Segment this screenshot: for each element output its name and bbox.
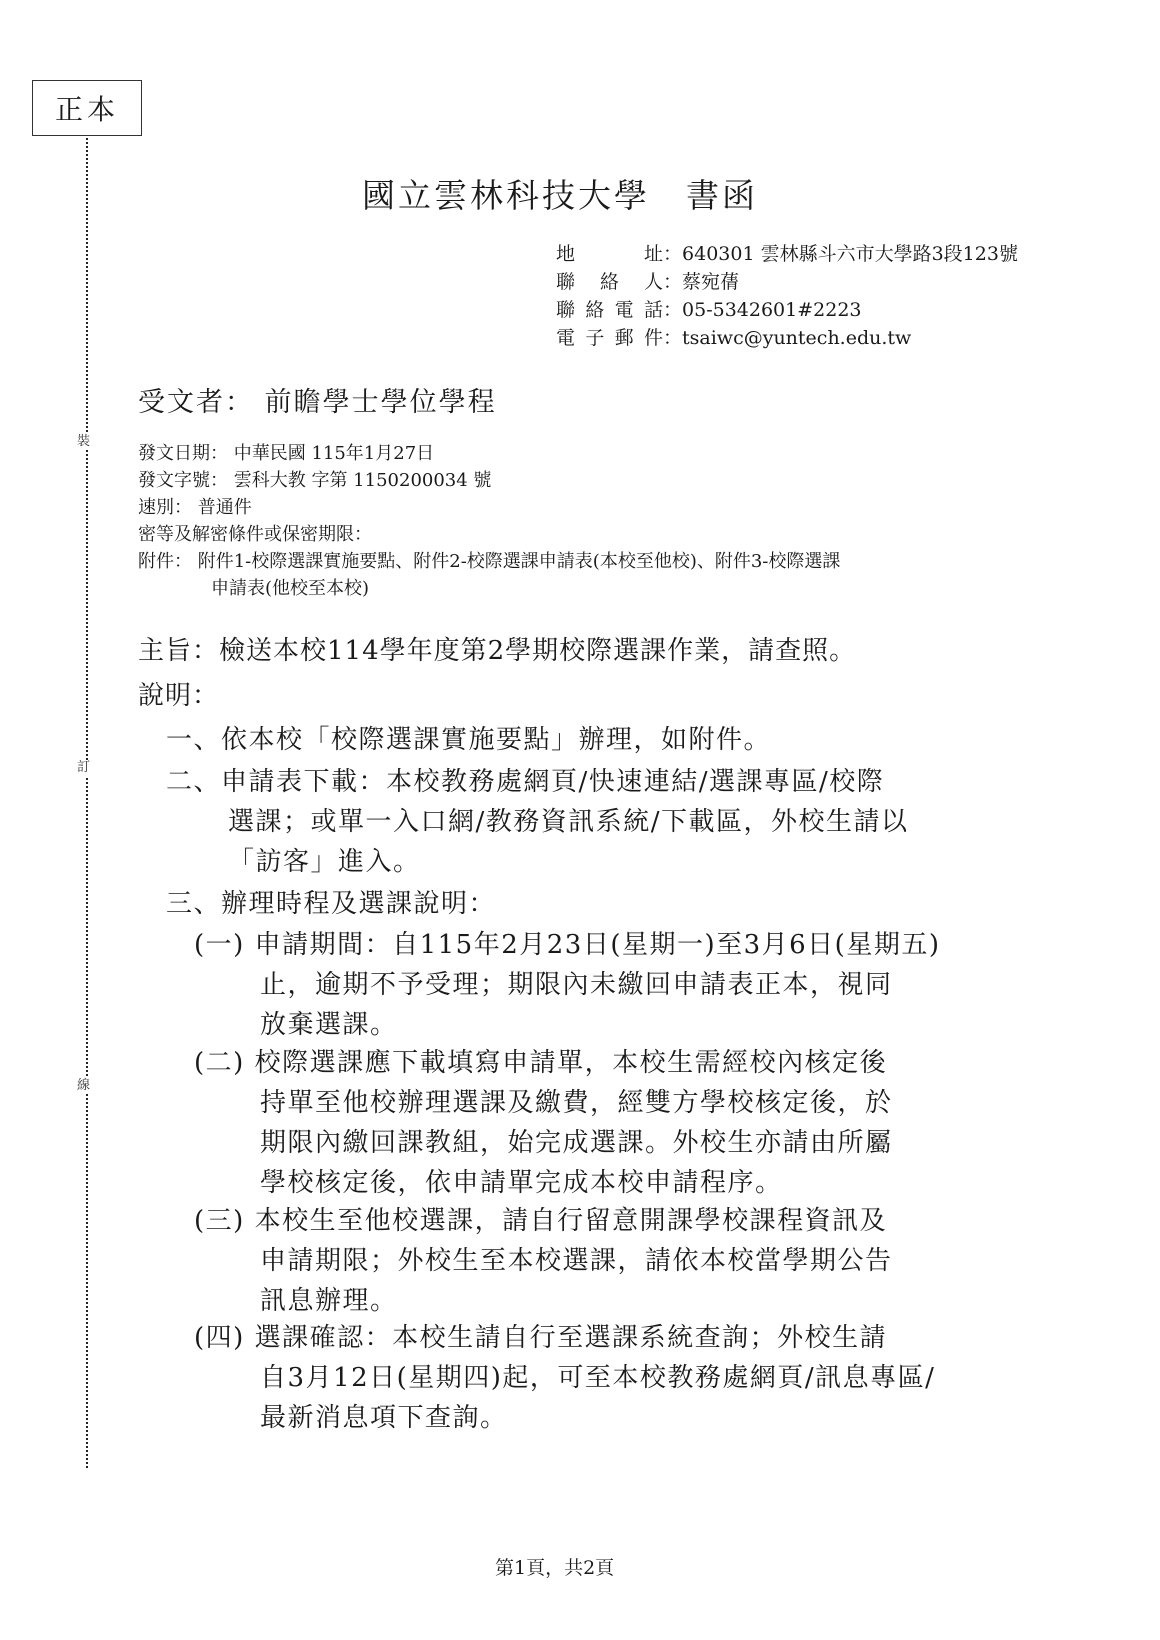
issue-date-row: 發文日期： 中華民國 115年1月27日 [138,440,840,467]
item-text-line-3: 「訪客」進入。 [166,842,909,882]
attachments-label: 附件： [138,548,192,575]
email-value: tsaiwc@yuntech.edu.tw [682,324,911,352]
contact-person-row: 聯 絡 人： 蔡宛蒨 [556,268,1018,296]
subitem-line-3: 期限內繳回課教組，始完成選課。外校生亦請由所屬 [194,1123,893,1163]
attachments-line-2: 申請表(他校至本校) [138,575,840,602]
subitem-line-1: 本校生至他校選課，請自行留意開課學校課程資訊及 [255,1206,888,1236]
person-value: 蔡宛蒨 [682,268,739,296]
subject-label: 主旨： [138,636,219,666]
contact-email-row: 電子郵件： tsaiwc@yuntech.edu.tw [556,324,1018,352]
original-copy-stamp: 正本 [32,80,142,136]
subitem-4: (四) 選課確認：本校生請自行至選課系統查詢；外校生請 自3月12日(星期四)起… [194,1318,935,1438]
binding-dotted-line [86,138,88,1468]
person-label: 聯 絡 人 [556,268,663,296]
recipient-line: 受文者： 前瞻學士學位學程 [138,380,497,419]
address-label: 地 址 [556,240,663,268]
subitem-line-1: 校際選課應下載填寫申請單，本校生需經校內核定後 [255,1048,888,1078]
subitem-line-1: 選課確認：本校生請自行至選課系統查詢；外校生請 [255,1323,888,1353]
item-text: 依本校「校際選課實施要點」辦理，如附件。 [221,725,771,755]
subitem-line-2: 持單至他校辦理選課及繳費，經雙方學校核定後，於 [194,1083,893,1123]
colon: ： [663,268,682,296]
subject-text: 檢送本校114學年度第2學期校際選課作業，請查照。 [219,636,856,666]
contact-address-row: 地 址： 640301 雲林縣斗六市大學路3段123號 [556,240,1018,268]
item-number: 二、 [166,767,221,797]
subitem-line-4: 學校核定後，依申請單完成本校申請程序。 [194,1163,893,1203]
item-number: 一、 [166,725,221,755]
document-meta: 發文日期： 中華民國 115年1月27日 發文字號： 雲科大教 字第 11502… [138,440,840,602]
subitem-number: (四) [194,1323,245,1353]
contact-phone-row: 聯絡電話： 05-5342601#2223 [556,296,1018,324]
recipient-label: 受文者： [138,387,254,418]
recipient-value: 前瞻學士學位學程 [265,387,497,418]
attachments-line-1: 附件1-校際選課實施要點、附件2-校際選課申請表(本校至他校)、附件3-校際選課 [198,548,841,575]
attachments-row: 附件： 附件1-校際選課實施要點、附件2-校際選課申請表(本校至他校)、附件3-… [138,548,840,575]
colon: ： [663,240,682,268]
subitem-line-2: 申請期限；外校生至本校選課，請依本校當學期公告 [194,1241,893,1281]
explanation-item-1: 一、依本校「校際選課實施要點」辦理，如附件。 [166,720,771,760]
subitem-number: (二) [194,1048,245,1078]
phone-label: 聯絡電話 [556,296,663,324]
subitem-line-3: 訊息辦理。 [194,1281,893,1321]
subitem-number: (一) [194,930,245,960]
phone-value: 05-5342601#2223 [682,296,862,324]
subitem-number: (三) [194,1206,245,1236]
secrecy-label: 密等及解密條件或保密期限： [138,521,372,548]
subitem-line-2: 止，逾期不予受理；期限內未繳回申請表正本，視同 [194,965,940,1005]
speed-row: 速別： 普通件 [138,494,840,521]
doc-number-value: 雲科大教 字第 1150200034 號 [234,467,492,494]
item-number: 三、 [166,889,221,919]
item-text: 辦理時程及選課說明： [221,889,496,919]
issue-date-label: 發文日期： [138,440,228,467]
address-value: 640301 雲林縣斗六市大學路3段123號 [682,240,1018,268]
binding-mark-xian: 線 [77,1078,90,1094]
subitem-line-3: 放棄選課。 [194,1005,940,1045]
secrecy-row: 密等及解密條件或保密期限： [138,521,840,548]
contact-block: 地 址： 640301 雲林縣斗六市大學路3段123號 聯 絡 人： 蔡宛蒨 聯… [556,240,1018,352]
explanation-label: 說明： [138,675,219,712]
subitem-line-3: 最新消息項下查詢。 [194,1398,935,1438]
subject-line: 主旨：檢送本校114學年度第2學期校際選課作業，請查照。 [138,630,856,667]
colon: ： [663,296,682,324]
binding-mark-ding: 訂 [77,760,90,776]
subitem-line-1: 申請期間：自115年2月23日(星期一)至3月6日(星期五) [255,930,941,960]
document-type: 書函 [686,176,758,215]
explanation-item-3: 三、辦理時程及選課說明： [166,884,496,924]
page-number: 第1頁，共2頁 [495,1553,614,1580]
issue-date-value: 中華民國 115年1月27日 [234,440,434,467]
speed-label: 速別： [138,494,192,521]
email-label: 電子郵件 [556,324,663,352]
item-text-line-2: 選課；或單一入口網/教務資訊系統/下載區，外校生請以 [166,802,909,842]
binding-mark-zhuang: 裝 [77,434,90,450]
subitem-2: (二) 校際選課應下載填寫申請單，本校生需經校內核定後 持單至他校辦理選課及繳費… [194,1043,893,1203]
document-title: 國立雲林科技大學書函 [362,170,758,217]
subitem-1: (一) 申請期間：自115年2月23日(星期一)至3月6日(星期五) 止，逾期不… [194,925,940,1045]
speed-value: 普通件 [198,494,252,521]
item-text-line-1: 申請表下載：本校教務處網頁/快速連結/選課專區/校際 [221,767,884,797]
colon: ： [663,324,682,352]
issuer-name: 國立雲林科技大學 [362,176,650,215]
subitem-3: (三) 本校生至他校選課，請自行留意開課學校課程資訊及 申請期限；外校生至本校選… [194,1201,893,1321]
stamp-label: 正本 [55,88,119,128]
explanation-item-2: 二、申請表下載：本校教務處網頁/快速連結/選課專區/校際 選課；或單一入口網/教… [166,762,909,882]
doc-number-label: 發文字號： [138,467,228,494]
doc-number-row: 發文字號： 雲科大教 字第 1150200034 號 [138,467,840,494]
subitem-line-2: 自3月12日(星期四)起，可至本校教務處網頁/訊息專區/ [194,1358,935,1398]
